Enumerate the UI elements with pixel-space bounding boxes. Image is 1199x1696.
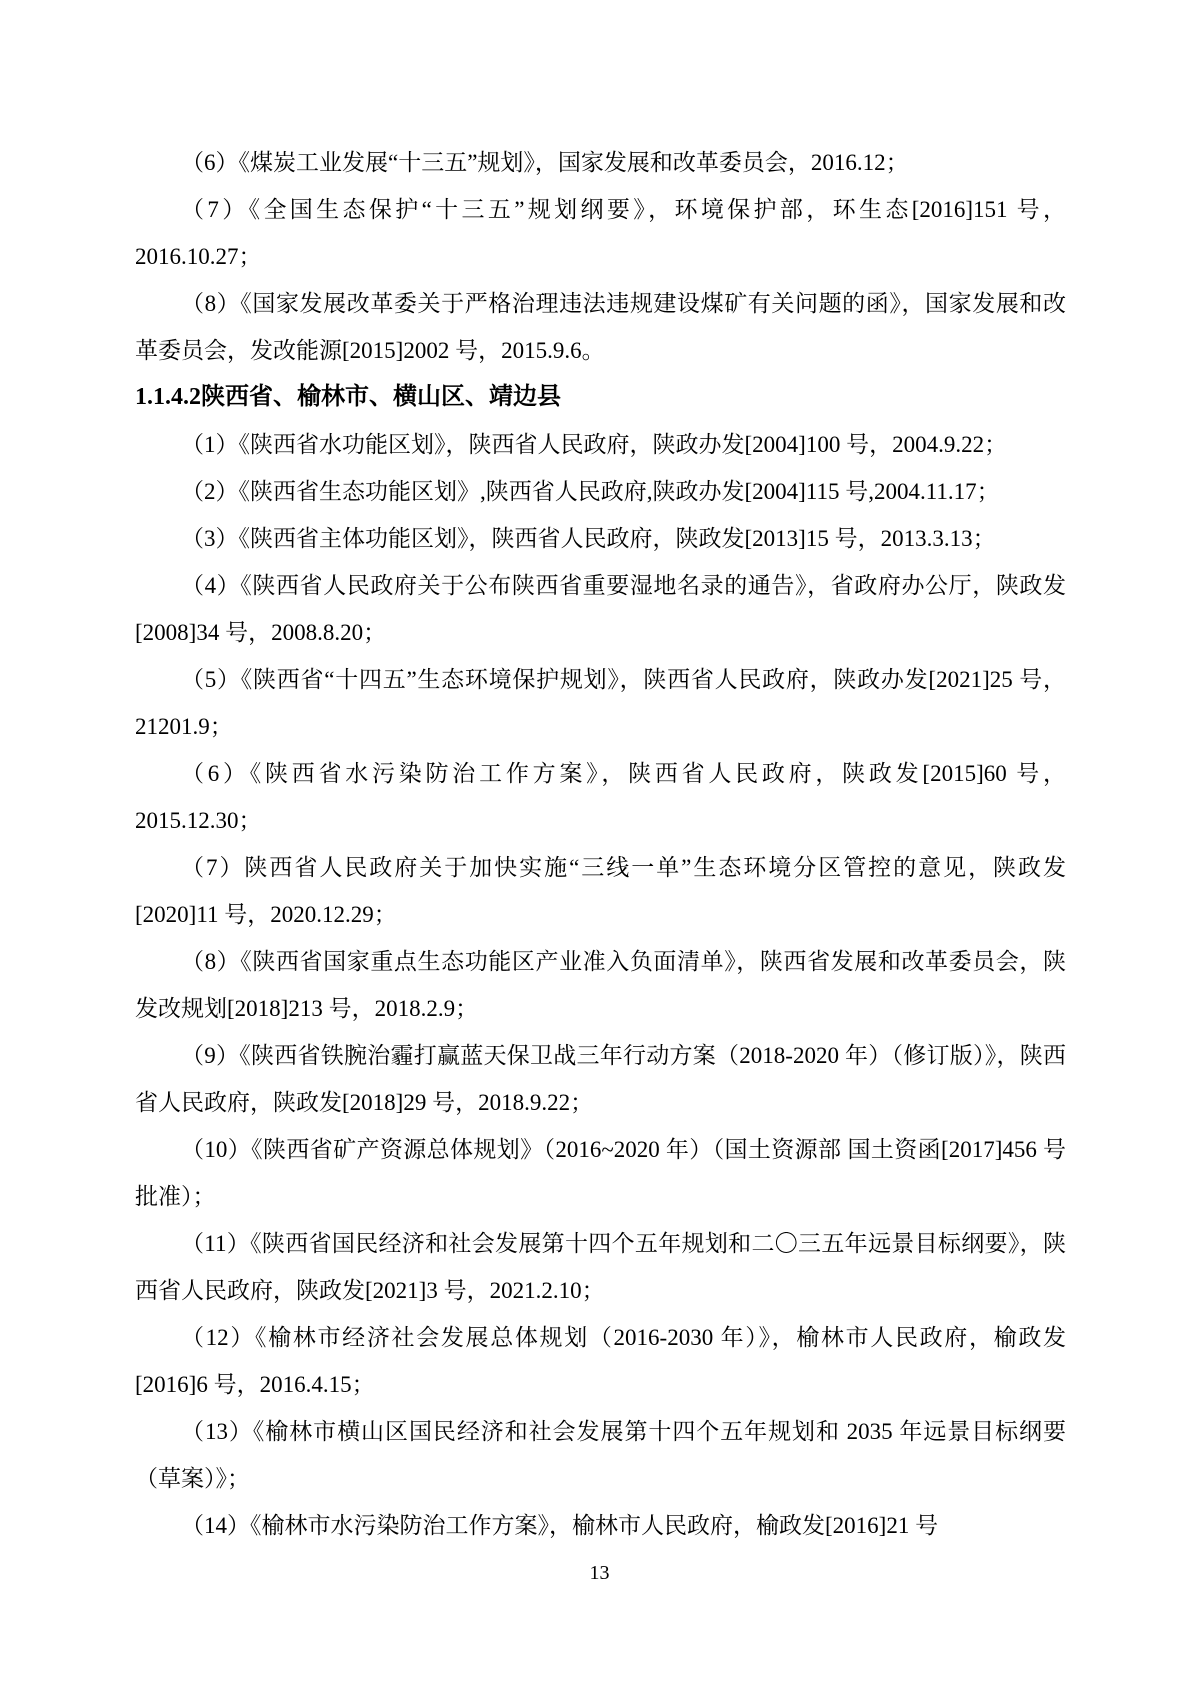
list-item: （12）《榆林市经济社会发展总体规划（2016-2030 年）》，榆林市人民政府… <box>135 1314 1066 1408</box>
list-item: （1）《陕西省水功能区划》，陕西省人民政府，陕政办发[2004]100 号，20… <box>135 421 1066 468</box>
list-item: （9）《陕西省铁腕治霾打赢蓝天保卫战三年行动方案（2018-2020 年）（修订… <box>135 1032 1066 1126</box>
list-item: （7）陕西省人民政府关于加快实施“三线一单”生态环境分区管控的意见，陕政发[20… <box>135 844 1066 938</box>
list-item: （8）《国家发展改革委关于严格治理违法违规建设煤矿有关问题的函》，国家发展和改革… <box>135 280 1066 374</box>
list-item: （8）《陕西省国家重点生态功能区产业准入负面清单》，陕西省发展和改革委员会，陕发… <box>135 938 1066 1032</box>
document-body: （6）《煤炭工业发展“十三五”规划》，国家发展和改革委员会，2016.12； （… <box>135 139 1066 1549</box>
list-item: （13）《榆林市横山区国民经济和社会发展第十四个五年规划和 2035 年远景目标… <box>135 1408 1066 1502</box>
list-item: （11）《陕西省国民经济和社会发展第十四个五年规划和二〇三五年远景目标纲要》，陕… <box>135 1220 1066 1314</box>
page-number: 13 <box>0 1560 1199 1586</box>
list-item: （4）《陕西省人民政府关于公布陕西省重要湿地名录的通告》，省政府办公厅，陕政发[… <box>135 562 1066 656</box>
list-item: （6）《陕西省水污染防治工作方案》，陕西省人民政府，陕政发[2015]60 号，… <box>135 750 1066 844</box>
list-item: （3）《陕西省主体功能区划》，陕西省人民政府，陕政发[2013]15 号，201… <box>135 515 1066 562</box>
list-item: （10）《陕西省矿产资源总体规划》（2016~2020 年）（国土资源部 国土资… <box>135 1126 1066 1220</box>
list-item: （5）《陕西省“十四五”生态环境保护规划》，陕西省人民政府，陕政办发[2021]… <box>135 656 1066 750</box>
list-item: （2）《陕西省生态功能区划》,陕西省人民政府,陕政办发[2004]115 号,2… <box>135 468 1066 515</box>
list-item: （6）《煤炭工业发展“十三五”规划》，国家发展和改革委员会，2016.12； <box>135 139 1066 186</box>
list-item: （7）《全国生态保护“十三五”规划纲要》，环境保护部，环生态[2016]151 … <box>135 186 1066 280</box>
section-heading: 1.1.4.2陕西省、榆林市、横山区、靖边县 <box>135 374 1066 421</box>
list-item: （14）《榆林市水污染防治工作方案》，榆林市人民政府，榆政发[2016]21 号 <box>135 1502 1066 1549</box>
document-page: （6）《煤炭工业发展“十三五”规划》，国家发展和改革委员会，2016.12； （… <box>0 0 1199 1696</box>
